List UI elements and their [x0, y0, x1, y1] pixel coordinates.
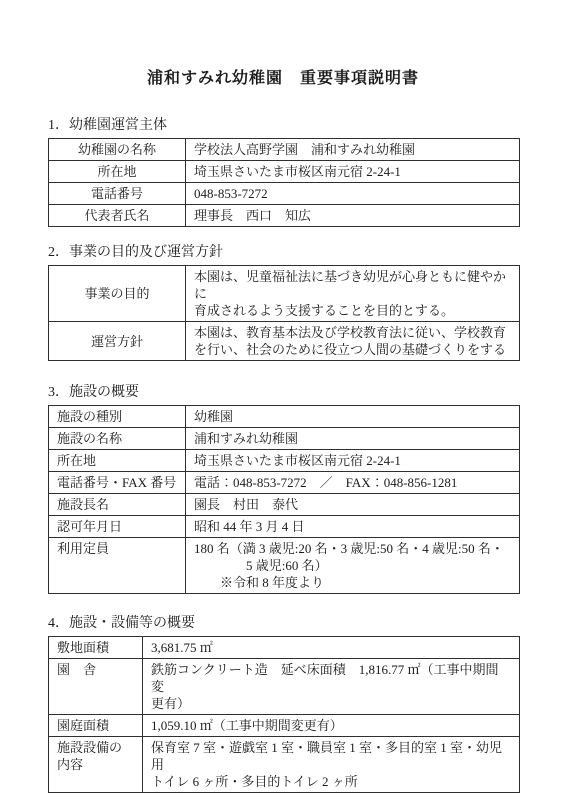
purpose-policy-table: 事業の目的 本園は、児童福祉法に基づき幼児が心身ともに健やかに 育成されるよう支… — [48, 265, 520, 361]
table-row: 電話番号・FAX 番号 電話：048-853-7272 ／ FAX：048-85… — [49, 472, 520, 494]
row-value: 180 名（満 3 歳児:20 名・3 歳児:50 名・4 歳児:50 名・ 5… — [186, 538, 520, 594]
row-label: 園 舎 — [49, 659, 143, 715]
operator-table: 幼稚園の名称 学校法人高野学園 浦和すみれ幼稚園 所在地 埼玉県さいたま市桜区南… — [48, 138, 520, 227]
row-value: 園長 村田 泰代 — [186, 494, 520, 516]
table-row: 園庭面積 1,059.10 ㎡（工事中期間変更有） — [49, 715, 520, 737]
row-label: 認可年月日 — [49, 516, 186, 538]
row-label: 事業の目的 — [49, 266, 186, 322]
row-label: 電話番号・FAX 番号 — [49, 472, 186, 494]
table-row: 施設の名称 浦和すみれ幼稚園 — [49, 428, 520, 450]
row-value: 1,059.10 ㎡（工事中期間変更有） — [143, 715, 520, 737]
row-label: 幼稚園の名称 — [49, 139, 186, 161]
table-row: 園 舎 鉄筋コンクリート造 延べ床面積 1,816.77 ㎡（工事中期間変 更有… — [49, 659, 520, 715]
row-value: 理事長 西口 知広 — [186, 205, 520, 227]
row-label: 所在地 — [49, 450, 186, 472]
table-row: 運営方針 本園は、教育基本法及び学校教育法に従い、学校教育 を行い、社会のために… — [49, 322, 520, 361]
section-heading-purpose-policy: 2．事業の目的及び運営方針 — [48, 245, 566, 261]
table-row: 敷地面積 3,681.75 ㎡ — [49, 637, 520, 659]
row-value: 埼玉県さいたま市桜区南元宿 2-24-1 — [186, 161, 520, 183]
row-label: 施設の種別 — [49, 406, 186, 428]
row-label: 運営方針 — [49, 322, 186, 361]
table-row: 電話番号 048-853-7272 — [49, 183, 520, 205]
row-value: 昭和 44 年 3 月 4 日 — [186, 516, 520, 538]
table-row: 幼稚園の名称 学校法人高野学園 浦和すみれ幼稚園 — [49, 139, 520, 161]
section-heading-operator: 1．幼稚園運営主体 — [48, 118, 566, 134]
table-row: 施設長名 園長 村田 泰代 — [49, 494, 520, 516]
row-value: 埼玉県さいたま市桜区南元宿 2-24-1 — [186, 450, 520, 472]
row-label: 施設長名 — [49, 494, 186, 516]
row-value: 保育室 7 室・遊戯室 1 室・職員室 1 室・多目的室 1 室・幼児用 トイレ… — [143, 737, 520, 793]
row-value: 鉄筋コンクリート造 延べ床面積 1,816.77 ㎡（工事中期間変 更有） — [143, 659, 520, 715]
facility-overview-table: 施設の種別 幼稚園 施設の名称 浦和すみれ幼稚園 所在地 埼玉県さいたま市桜区南… — [48, 405, 520, 594]
row-value: 学校法人高野学園 浦和すみれ幼稚園 — [186, 139, 520, 161]
table-row: 認可年月日 昭和 44 年 3 月 4 日 — [49, 516, 520, 538]
row-label: 園庭面積 — [49, 715, 143, 737]
row-label: 電話番号 — [49, 183, 186, 205]
table-row: 事業の目的 本園は、児童福祉法に基づき幼児が心身ともに健やかに 育成されるよう支… — [49, 266, 520, 322]
table-row: 施設の種別 幼稚園 — [49, 406, 520, 428]
row-value: 本園は、児童福祉法に基づき幼児が心身ともに健やかに 育成されるよう支援することを… — [186, 266, 520, 322]
document-page: 浦和すみれ幼稚園 重要事項説明書 1．幼稚園運営主体 幼稚園の名称 学校法人高野… — [0, 0, 566, 800]
row-label: 施設設備の内容 — [49, 737, 143, 793]
row-label: 所在地 — [49, 161, 186, 183]
row-value: 3,681.75 ㎡ — [143, 637, 520, 659]
row-label: 利用定員 — [49, 538, 186, 594]
row-label: 敷地面積 — [49, 637, 143, 659]
table-row: 所在地 埼玉県さいたま市桜区南元宿 2-24-1 — [49, 161, 520, 183]
table-row: 施設設備の内容 保育室 7 室・遊戯室 1 室・職員室 1 室・多目的室 1 室… — [49, 737, 520, 793]
table-row: 利用定員 180 名（満 3 歳児:20 名・3 歳児:50 名・4 歳児:50… — [49, 538, 520, 594]
row-label: 施設の名称 — [49, 428, 186, 450]
row-value: 浦和すみれ幼稚園 — [186, 428, 520, 450]
row-value: 本園は、教育基本法及び学校教育法に従い、学校教育 を行い、社会のために役立つ人間… — [186, 322, 520, 361]
section-heading-facility-equipment: 4．施設・設備等の概要 — [48, 616, 566, 632]
section-heading-facility-overview: 3．施設の概要 — [48, 385, 566, 401]
facility-equipment-table: 敷地面積 3,681.75 ㎡ 園 舎 鉄筋コンクリート造 延べ床面積 1,81… — [48, 636, 520, 793]
row-value: 電話：048-853-7272 ／ FAX：048-856-1281 — [186, 472, 520, 494]
row-value: 幼稚園 — [186, 406, 520, 428]
row-label: 代表者氏名 — [49, 205, 186, 227]
row-value: 048-853-7272 — [186, 183, 520, 205]
table-row: 所在地 埼玉県さいたま市桜区南元宿 2-24-1 — [49, 450, 520, 472]
document-title: 浦和すみれ幼稚園 重要事項説明書 — [0, 0, 566, 90]
table-row: 代表者氏名 理事長 西口 知広 — [49, 205, 520, 227]
